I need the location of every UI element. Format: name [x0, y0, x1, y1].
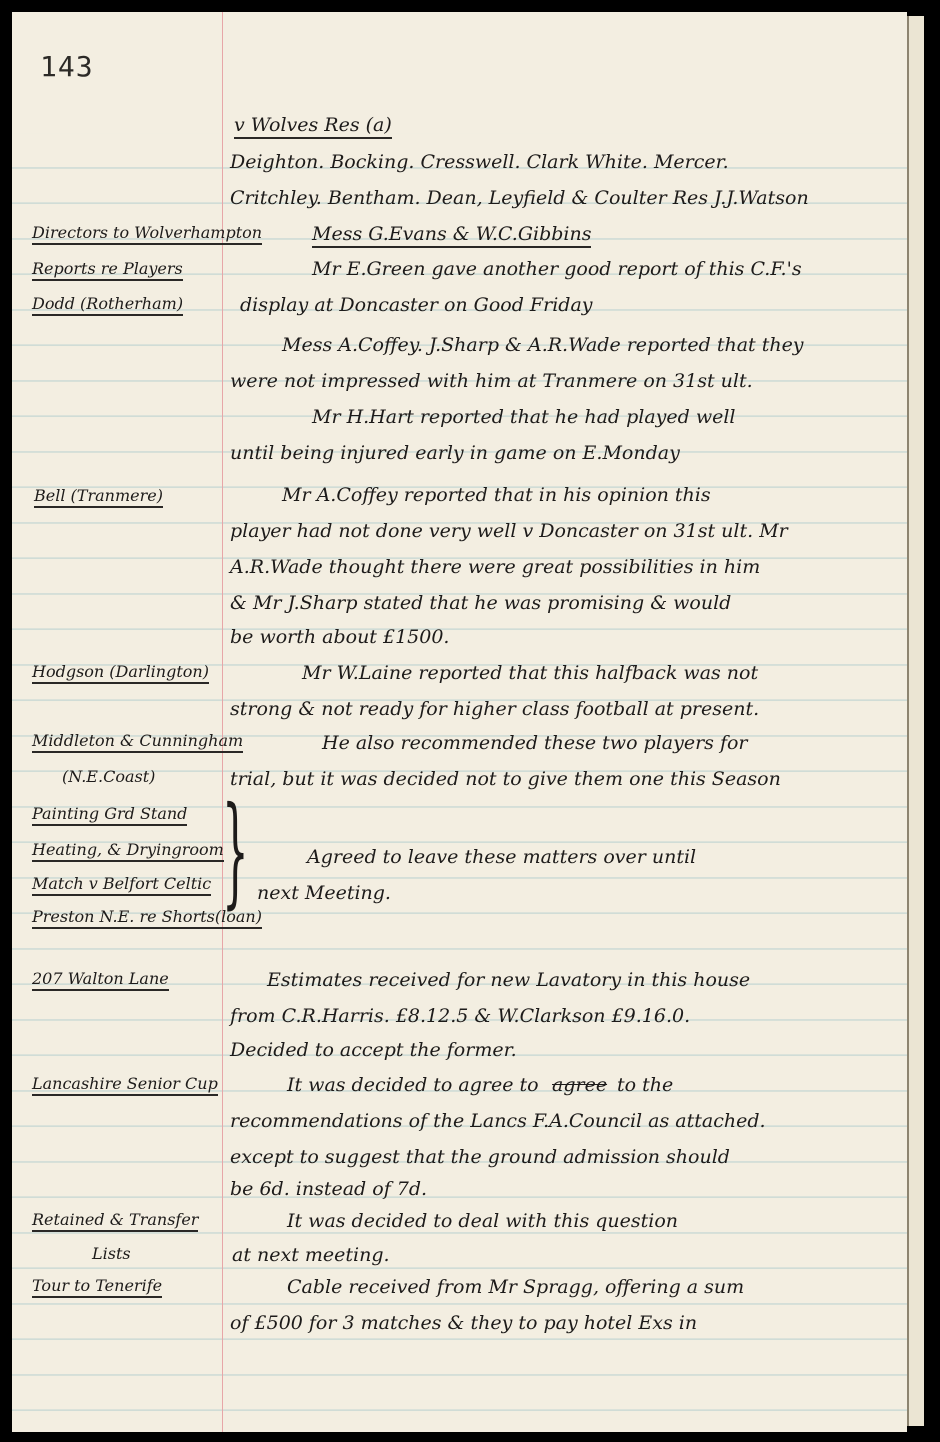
body-line: Mr A.Coffey reported that in his opinion… — [282, 484, 711, 506]
body-line: of £500 for 3 matches & they to pay hote… — [230, 1312, 697, 1334]
body-line: Mr H.Hart reported that he had played we… — [312, 406, 736, 428]
body-line: until being injured early in game on E.M… — [230, 442, 680, 464]
margin-note-retained: Retained & Transfer — [32, 1210, 198, 1232]
page-header-area — [12, 12, 907, 133]
page-edge — [907, 16, 924, 1426]
margin-note-directors: Directors to Wolverhampton — [32, 223, 262, 245]
margin-note-bell: Bell (Tranmere) — [34, 486, 163, 508]
body-line: Deighton. Bocking. Cresswell. Clark Whit… — [230, 151, 729, 173]
struck-word: agree — [552, 1074, 607, 1096]
body-line: Critchley. Bentham. Dean, Leyfield & Cou… — [230, 187, 809, 209]
margin-note-lancashire-cup: Lancashire Senior Cup — [32, 1074, 218, 1096]
body-line: be 6d. instead of 7d. — [230, 1178, 427, 1200]
body-line: Mr W.Laine reported that this halfback w… — [302, 662, 758, 684]
body-line: It was decided to deal with this questio… — [287, 1210, 678, 1232]
body-line: player had not done very well v Doncaste… — [230, 520, 788, 542]
margin-note-dodd: Dodd (Rotherham) — [32, 294, 183, 316]
body-line: from C.R.Harris. £8.12.5 & W.Clarkson £9… — [230, 1005, 690, 1027]
ledger-page: 143 Directors to Wolverhampton Reports r… — [12, 12, 907, 1432]
body-line: It was decided to agree to — [287, 1074, 539, 1096]
body-line: at next meeting. — [232, 1244, 390, 1266]
page-number: 143 — [40, 50, 94, 83]
margin-note-reports: Reports re Players — [32, 259, 183, 281]
body-line: He also recommended these two players fo… — [322, 732, 748, 754]
margin-note-hodgson: Hodgson (Darlington) — [32, 662, 209, 684]
body-line: A.R.Wade thought there were great possib… — [230, 556, 760, 578]
body-line: Mr E.Green gave another good report of t… — [312, 258, 802, 280]
body-line: except to suggest that the ground admiss… — [230, 1146, 730, 1168]
match-heading: v Wolves Res (a) — [234, 114, 392, 139]
body-line: strong & not ready for higher class foot… — [230, 698, 759, 720]
brace-symbol: } — [222, 792, 249, 912]
body-line: were not impressed with him at Tranmere … — [230, 370, 753, 392]
body-line: trial, but it was decided not to give th… — [230, 768, 781, 790]
margin-note-lists: Lists — [92, 1244, 131, 1263]
margin-note-heating: Heating, & Dryingroom — [32, 840, 224, 862]
body-line: next Meeting. — [257, 882, 391, 904]
margin-note-tour: Tour to Tenerife — [32, 1276, 162, 1298]
body-line: Mess A.Coffey. J.Sharp & A.R.Wade report… — [282, 334, 804, 356]
body-line: recommendations of the Lancs F.A.Council… — [230, 1110, 766, 1132]
margin-note-walton-lane: 207 Walton Lane — [32, 969, 169, 991]
body-line: be worth about £1500. — [230, 626, 449, 648]
body-line: display at Doncaster on Good Friday — [240, 294, 593, 316]
body-line: & Mr J.Sharp stated that he was promisin… — [230, 592, 731, 614]
body-line: Agreed to leave these matters over until — [307, 846, 696, 868]
margin-note-north-east-coast: (N.E.Coast) — [62, 767, 155, 786]
margin-note-match: Match v Belfort Celtic — [32, 874, 211, 896]
body-line: to the — [617, 1074, 673, 1096]
margin-note-middleton: Middleton & Cunningham — [32, 731, 243, 753]
body-line: Estimates received for new Lavatory in t… — [267, 969, 750, 991]
margin-note-painting: Painting Grd Stand — [32, 804, 187, 826]
body-line: Mess G.Evans & W.C.Gibbins — [312, 223, 591, 248]
body-line: Decided to accept the former. — [230, 1039, 517, 1061]
body-line: Cable received from Mr Spragg, offering … — [287, 1276, 744, 1298]
